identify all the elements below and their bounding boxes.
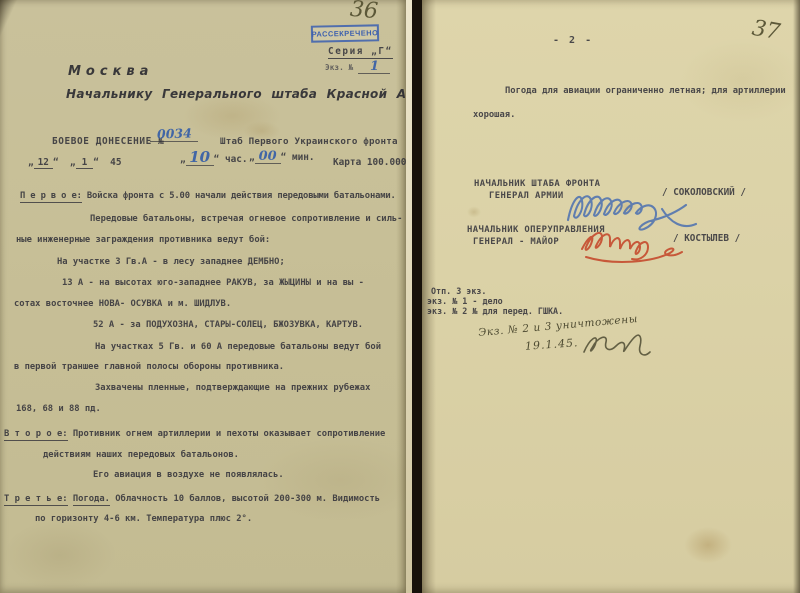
report-title: БОЕВОЕ ДОНЕСЕНИЕ №	[52, 136, 164, 147]
open-quote: „	[70, 157, 76, 168]
city-line: Москва	[68, 64, 153, 79]
open-quote: „	[28, 157, 34, 168]
body-text: Облачность 10 баллов, высотой 200-300 м.…	[110, 494, 380, 504]
body-line: Т р е т ь е: Погода. Облачность 10 балло…	[4, 494, 380, 504]
addressee-line: Начальнику Генерального штаба Красной Ар…	[66, 87, 406, 101]
body-line: Захвачены пленные, подтверждающие на пре…	[95, 383, 370, 393]
minutes-slot: 00	[255, 150, 281, 164]
chief-of-staff-rank: ГЕНЕРАЛ АРМИИ	[489, 191, 564, 201]
minutes-handwritten: 00	[259, 149, 277, 164]
ops-chief-rank: ГЕНЕРАЛ - МАЙОР	[473, 237, 559, 247]
body-line: 52 А - за ПОДУХОЗНА, СТАРЫ-СОЛЕЦ, БЖОЗУВ…	[93, 320, 363, 330]
close-quote: “	[281, 152, 287, 163]
map-scale: Карта 100.000	[333, 157, 406, 168]
report-number-handwritten: 0034	[156, 127, 191, 141]
hours-slot: 10	[186, 150, 214, 166]
page-number-pencil: 37	[750, 16, 782, 45]
issuing-hq: Штаб Первого Украинского фронта	[220, 136, 398, 147]
body-line: 168, 68 и 88 пд.	[16, 404, 101, 414]
copy-label: Экз. №	[325, 63, 353, 72]
body-line: На участке 3 Гв.А - в лесу западнее ДЕМБ…	[57, 257, 285, 267]
close-quote: “	[214, 154, 220, 165]
handwritten-date: 19.1.45.	[525, 336, 579, 353]
hours-handwritten: 10	[189, 148, 210, 166]
time-hours-group: „10“ час.	[180, 150, 248, 166]
page-edge-sliver	[406, 0, 412, 593]
hours-label: час.	[225, 154, 248, 165]
distribution-line: экз. № 1 - дело	[427, 296, 503, 306]
kostylev-signature	[574, 221, 696, 267]
time-minutes-group: „00“ мин.	[249, 150, 315, 164]
para-third-label: Т р е т ь е:	[4, 494, 68, 506]
body-line: В т о р о е: Противник огнем артиллерии …	[4, 429, 385, 439]
weather-line-2: хорошая.	[473, 110, 515, 120]
report-number-slot: 0034	[150, 128, 198, 142]
body-line: Его авиация в воздухе не появлялась.	[93, 470, 284, 480]
body-line: На участках 5 Гв. и 60 А передовые батал…	[95, 342, 381, 352]
document-page-right: 37 - 2 - Погода для авиации ограниченно …	[422, 0, 800, 593]
declassified-stamp: РАССЕКРЕЧЕНО	[311, 24, 379, 42]
scanned-document: 36 РАССЕКРЕЧЕНО Серия „Г“ Экз. № 1 Москв…	[0, 0, 800, 593]
date-day: 12	[34, 157, 53, 169]
para-second-label: В т о р о е:	[4, 429, 68, 441]
body-line: в первой траншее главной полосы обороны …	[14, 362, 284, 372]
copy-line: Экз. № 1	[325, 60, 390, 74]
body-text: Противник огнем артиллерии и пехоты оказ…	[68, 429, 386, 439]
document-page-left: 36 РАССЕКРЕЧЕНО Серия „Г“ Экз. № 1 Москв…	[0, 0, 406, 593]
weather-word-underlined: Погода.	[73, 494, 110, 506]
date-day-month-year: „12“ „1“ 45	[28, 157, 121, 168]
clerk-signature	[580, 328, 658, 362]
date-month: 1	[76, 157, 94, 169]
body-line: П е р в о е: Войска фронта с 5.00 начали…	[20, 191, 396, 201]
page-number-pencil: 36	[349, 0, 379, 24]
report-number-line: 0034	[150, 128, 198, 142]
body-line: действиям наших передовых батальонов.	[43, 450, 239, 460]
close-quote: “	[53, 157, 59, 168]
weather-line-1: Погода для авиации ограниченно летная; д…	[505, 86, 786, 96]
body-line: Передовые батальоны, встречая огневое со…	[90, 214, 402, 224]
date-year: 45	[110, 157, 121, 168]
minutes-label: мин.	[292, 152, 315, 163]
copy-number-slot: 1	[358, 60, 390, 74]
series-label: Серия „Г“	[328, 46, 393, 59]
close-quote: “	[93, 157, 99, 168]
distribution-line: Отп. 3 экз.	[431, 286, 486, 296]
distribution-line: экз. № 2 № для перед. ГШКА.	[427, 306, 563, 316]
body-line: ные инженерные заграждения противника ве…	[16, 235, 270, 245]
body-line: 13 А - на высотах юго-западнее РАКУВ, за…	[62, 278, 364, 288]
body-text: Войска фронта с 5.00 начали действия пер…	[82, 191, 396, 201]
body-line: сотах восточнее НОВА- ОСУВКА и м. ШИДЛУВ…	[14, 299, 231, 309]
body-line: по горизонту 4-6 км. Температура плюс 2°…	[35, 514, 252, 524]
page-header-number: - 2 -	[553, 35, 593, 46]
copy-number-handwritten: 1	[370, 59, 379, 74]
declassified-stamp-text: РАССЕКРЕЧЕНО	[312, 28, 379, 38]
para-first-label: П е р в о е:	[20, 191, 82, 203]
